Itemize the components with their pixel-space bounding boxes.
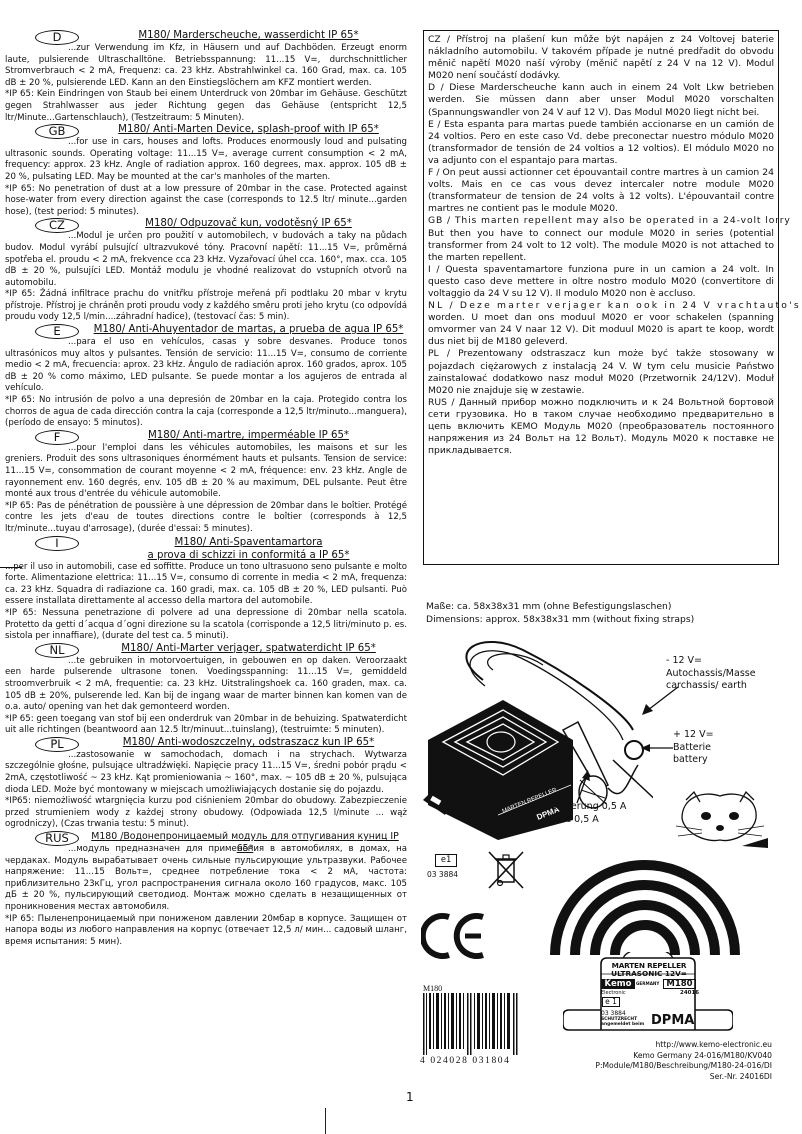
lang-badge-cz: CZ — [35, 218, 79, 233]
lang-badge-d: D — [35, 30, 79, 45]
section-title-it-line1: M180/ Anti-Spaventamartora — [174, 537, 322, 548]
plate-dpma: DPMA — [651, 1014, 694, 1027]
truck-note-gb-rest: But then you have to connect our module … — [428, 228, 774, 264]
section-ip-de: *IP 65: Kein Eindringen von Staub bei ei… — [5, 89, 407, 124]
truck-note-nl-rest: worden. U moet dan ons moduul M020 er vo… — [428, 312, 774, 348]
section-fr: F M180/ Anti-martre, imperméable IP 65* … — [5, 430, 407, 536]
plate-model: M180 — [663, 979, 696, 989]
section-intro-nl: ...te gebruiken in motorvoertuigen, in g… — [5, 656, 407, 714]
truck-note-cz: CZ / Přístroj na plašení kun může být na… — [428, 34, 774, 82]
dimensions: Maße: ca. 58x38x31 mm (ohne Befestigungs… — [426, 601, 694, 626]
label-fuse: Sicherung 0,5 A fuse 0,5 A — [551, 801, 626, 826]
section-title-it: M180/ Anti-Spaventamartora a prova di sc… — [90, 536, 407, 562]
plate-serial: 24016 — [680, 990, 699, 996]
section-title-nl: M180/ Anti-Marter verjager, spatwaterdic… — [90, 643, 407, 655]
section-intro-es: ...para el uso en vehículos, casas y sob… — [5, 337, 407, 395]
page-number: 1 — [406, 1090, 414, 1104]
section-intro-pl: ...zastosowanie w samochodach, domach i … — [5, 750, 407, 796]
section-ip-gb: *IP 65: No penetration of dust at a low … — [5, 184, 407, 219]
footer-serial: Ser.-Nr. 24016DI — [512, 1072, 772, 1083]
label-positive-de: Batterie — [673, 742, 714, 755]
plate-approval: 03 3884 — [601, 1010, 626, 1017]
lang-badge-nl: NL — [35, 643, 79, 658]
lang-badge-f: F — [35, 430, 79, 445]
truck-note-nl-line1: NL / Deze marter verjager kan ook in 24 … — [428, 300, 774, 312]
plate-e1: e 1 — [602, 997, 620, 1007]
barcode — [423, 993, 519, 1055]
section-ru: RUS M180 /Водонепроницаемый модуль для о… — [5, 831, 407, 948]
label-positive-voltage: + 12 V= — [673, 729, 714, 742]
section-intro-de: ...zur Verwendung im Kfz, in Häusern und… — [5, 43, 407, 89]
label-negative-de: Autochassis/Masse — [666, 668, 756, 681]
section-ip-ru: *IP 65: Пыленепроницаемый при пониженом … — [5, 914, 407, 949]
margin-mark — [0, 567, 22, 568]
marten-drawing — [672, 788, 768, 848]
section-intro-fr: ...pour l'emploi dans les véhicules auto… — [5, 443, 407, 501]
lang-badge-e: E — [35, 324, 79, 339]
plate-subtitle: ULTRASONIC 12V= — [601, 970, 697, 978]
section-ip-nl: *IP 65: geen toegang van stof bij een on… — [5, 714, 407, 737]
barcode-digits: 4 024028 031804 — [420, 1056, 511, 1066]
e1-approval-number: 03 3884 — [427, 870, 458, 879]
lang-badge-i: I — [35, 536, 79, 551]
section-intro-cz: ...Modul je určen pro použití v automobi… — [5, 231, 407, 289]
section-ip-pl: *IP65: niemożliwość wtargnięcia kurzu po… — [5, 796, 407, 831]
arrow-positive-icon — [641, 743, 673, 753]
section-title-es: M180/ Anti-Ahuyentador de martas, a prue… — [90, 324, 407, 336]
plate-brand: Kemo — [601, 979, 635, 989]
lang-badge-gb: GB — [35, 124, 79, 139]
section-pl: PL M180/ Anti-wodoszczelny, odstraszacz … — [5, 737, 407, 831]
arrow-fuse-icon — [575, 770, 591, 804]
label-negative-voltage: - 12 V= — [666, 655, 756, 668]
label-positive-en: battery — [673, 754, 714, 767]
section-title-gb: M180/ Anti-Marten Device, splash-proof w… — [90, 124, 407, 136]
e1-approval-mark: e1 — [435, 854, 457, 867]
section-title-it-line2: a prova di schizzi in conformitá a IP 65… — [148, 550, 350, 561]
truck-note-gb-line1: GB / This marten repellent may also be o… — [428, 215, 774, 227]
truck-note-e: E / Esta espanta para martas puede tambi… — [428, 119, 774, 167]
truck-note-rus: RUS / Данный прибор можно подключить и к… — [428, 397, 774, 457]
section-title-ru: M180 /Водонепроницаемый модуль для отпуг… — [83, 831, 407, 855]
section-it: I M180/ Anti-Spaventamartora a prova di … — [5, 536, 407, 643]
footer-url: http://www.kemo-electronic.eu — [512, 1040, 772, 1051]
footer-info: http://www.kemo-electronic.eu Kemo Germa… — [512, 1040, 772, 1082]
fold-line — [325, 1108, 326, 1134]
section-ip-es: *IP 65: No intrusión de polvo a una depr… — [5, 395, 407, 430]
footer-ref: Kemo Germany 24-016/M180/KV040 — [512, 1051, 772, 1062]
section-ip-fr: *IP 65: Pas de pénétration de poussière … — [5, 501, 407, 536]
section-title-cz: M180/ Odpuzovač kun, vodotěsný IP 65* — [90, 218, 407, 230]
section-title-fr: M180/ Anti-martre, imperméable IP 65* — [90, 430, 407, 442]
weee-crossed-bin-icon — [486, 850, 526, 890]
section-gb: GB M180/ Anti-Marten Device, splash-proo… — [5, 124, 407, 218]
dimensions-de: Maße: ca. 58x38x31 mm (ohne Befestigungs… — [426, 601, 694, 614]
plate-brand-sub: Electronic — [601, 990, 626, 996]
section-es: E M180/ Anti-Ahuyentador de martas, a pr… — [5, 324, 407, 430]
section-nl: NL M180/ Anti-Marter verjager, spatwater… — [5, 643, 407, 737]
ce-mark-icon — [421, 913, 487, 959]
arrow-negative-icon — [640, 686, 680, 716]
section-de: D M180/ Marderscheuche, wasserdicht IP 6… — [5, 30, 407, 124]
truck-note-i: I / Questa spaventamartore funziona pure… — [428, 264, 774, 300]
truck-note-d: D / Diese Marderscheuche kann auch in ei… — [428, 82, 774, 118]
truck-note-f: F / On peut aussi actionner cet épouvant… — [428, 167, 774, 215]
dimensions-en: Dimensions: approx. 58x38x31 mm (without… — [426, 614, 694, 627]
language-sections: D M180/ Marderscheuche, wasserdicht IP 6… — [5, 30, 407, 948]
section-title-pl: M180/ Anti-wodoszczelny, odstraszacz kun… — [90, 737, 407, 749]
section-ip-it: *IP 65: Nessuna penetrazione di polvere … — [5, 608, 407, 643]
section-title-de: M180/ Marderscheuche, wasserdicht IP 65* — [90, 30, 407, 42]
truck-notes-box: CZ / Přístroj na plašení kun může být na… — [423, 30, 779, 565]
footer-path: P:Module/M180/Beschreibung/M180-24-016/D… — [512, 1061, 772, 1072]
lang-badge-pl: PL — [35, 737, 79, 752]
plate-patent: SCHUTZRECHT angemeldet beim — [601, 1017, 645, 1027]
plate-country: GERMANY — [636, 981, 659, 986]
label-fuse-en: fuse 0,5 A — [551, 814, 626, 827]
truck-note-pl: PL / Prezentowany odstraszacz kun może b… — [428, 348, 774, 396]
barcode-label: M180 — [423, 984, 442, 993]
lang-badge-rus: RUS — [35, 831, 79, 846]
section-ip-cz: *IP 65: Žádná infiltrace prachu do vnitř… — [5, 289, 407, 324]
section-intro-it: ...per il uso in automobili, case ed sof… — [5, 562, 407, 608]
section-cz: CZ M180/ Odpuzovač kun, vodotěsný IP 65*… — [5, 218, 407, 324]
label-positive: + 12 V= Batterie battery — [673, 729, 714, 767]
section-intro-gb: ...for use in cars, houses and lofts. Pr… — [5, 137, 407, 183]
ultrasonic-waves-icon — [550, 855, 740, 955]
